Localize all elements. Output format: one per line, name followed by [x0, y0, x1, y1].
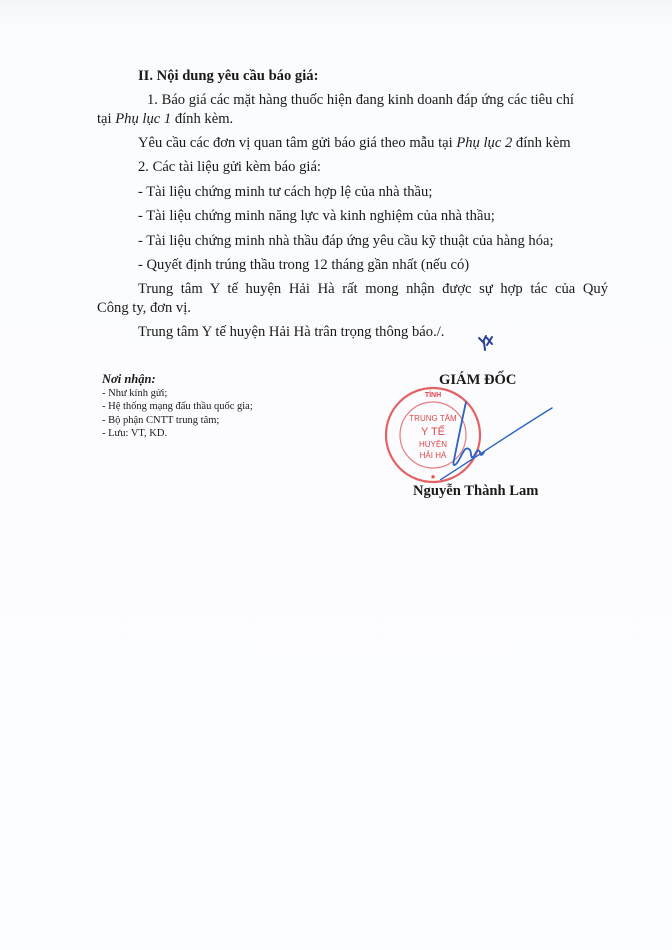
request-line: Yêu cầu các đơn vị quan tâm gửi báo giá …	[138, 134, 571, 152]
recipient-item: - Như kính gửi;	[102, 387, 253, 400]
closing2-line: Trung tâm Y tế huyện Hải Hà trân trọng t…	[138, 323, 444, 341]
document-item: - Tài liệu chứng minh tư cách hợp lệ của…	[138, 183, 432, 201]
item1-line1: 1. Báo giá các mặt hàng thuốc hiện đang …	[147, 91, 574, 109]
document-item: - Tài liệu chứng minh năng lực và kinh n…	[138, 207, 495, 225]
closing1-line1: Trung tâm Y tế huyện Hải Hà rất mong nhậ…	[138, 280, 608, 298]
recipient-item: - Hệ thống mạng đấu thầu quốc gia;	[102, 400, 253, 413]
document-page: II. Nội dung yêu cầu báo giá: 1. Báo giá…	[0, 0, 672, 950]
signature-icon	[440, 400, 560, 480]
item1-line2: tại Phụ lục 1 đính kèm.	[97, 110, 233, 128]
document-item: - Tài liệu chứng minh nhà thầu đáp ứng y…	[138, 232, 554, 250]
document-item: - Quyết định trúng thầu trong 12 tháng g…	[138, 256, 469, 274]
signer-name: Nguyễn Thành Lam	[413, 483, 538, 500]
request-suffix: đính kèm	[512, 135, 570, 151]
item1-suffix: đính kèm.	[171, 111, 233, 127]
request-prefix: Yêu cầu các đơn vị quan tâm gửi báo giá …	[138, 135, 456, 151]
appendix-1-ref: Phụ lục 1	[115, 111, 171, 127]
recipient-item: - Lưu: VT, KD.	[102, 427, 253, 440]
initials-mark-icon	[476, 332, 496, 354]
recipients-title: Nơi nhận:	[102, 372, 253, 387]
recipients-block: Nơi nhận: - Như kính gửi; - Hệ thống mạn…	[102, 372, 253, 441]
stamp-star-icon: ★	[430, 473, 436, 481]
section-heading: II. Nội dung yêu cầu báo giá:	[138, 67, 318, 85]
closing1-line2: Công ty, đơn vị.	[97, 299, 191, 317]
stamp-top-text: TỈNH	[425, 390, 441, 399]
item2-line: 2. Các tài liệu gửi kèm báo giá:	[138, 158, 321, 176]
recipient-item: - Bộ phận CNTT trung tâm;	[102, 414, 253, 427]
appendix-2-ref: Phụ lục 2	[456, 135, 512, 151]
item1-prefix: tại	[97, 111, 115, 127]
